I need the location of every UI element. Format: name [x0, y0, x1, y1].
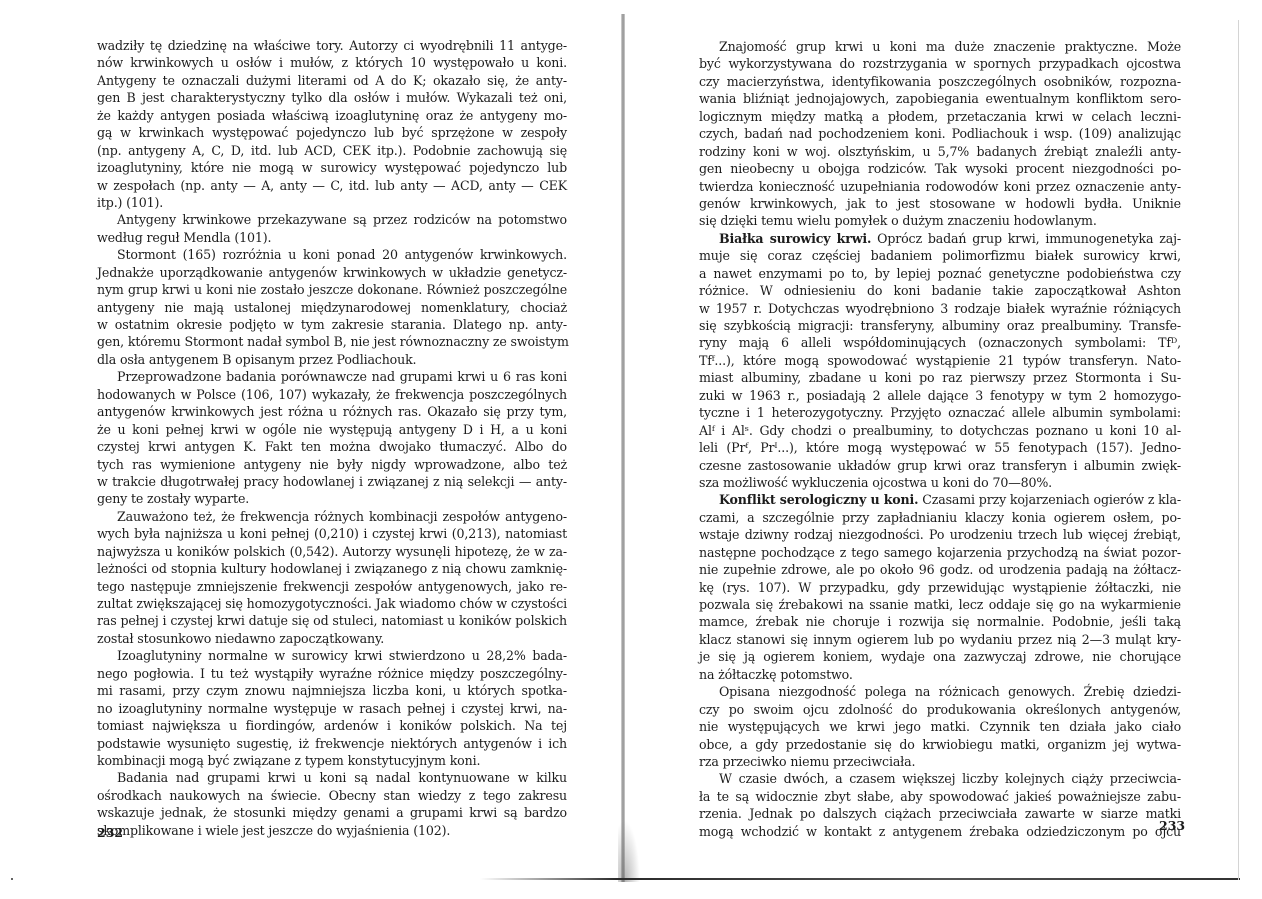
text-line: w ostatnim okresie podjęto w tym zakresi… — [97, 316, 567, 333]
text-line: Izoaglutyniny normalne w surowicy krwi s… — [97, 647, 567, 664]
text-line: zultat zwiększającej się homozygotycznoś… — [97, 595, 567, 612]
text-line: czystej krwi antygen K. Fakt ten można d… — [97, 438, 567, 455]
text-line: czy macierzyństwa, identyfikowania poszc… — [699, 73, 1181, 90]
text-line: antygeny nie mają ustalonej międzynarodo… — [97, 299, 567, 316]
text-line: ośrodkach naukowych na świecie. Obecny s… — [97, 787, 567, 804]
text-line: nie występujących we krwi jego matki. Cz… — [699, 718, 1181, 735]
text-line: leli (Prᶠ, Prᴵ...), które mogą występowa… — [699, 439, 1181, 456]
text-line: obce, a gdy przedostanie się do krwiobie… — [699, 736, 1181, 753]
text-line: Stormont (165) rozróżnia u koni ponad 20… — [97, 246, 567, 263]
text-line: w zespołach (np. anty — A, anty — C, itd… — [97, 177, 567, 194]
text-line: w 1957 r. Dotychczas wyodrębniono 3 rodz… — [699, 300, 1181, 317]
text-line: ła te są widocznie zbyt słabe, aby spowo… — [699, 788, 1181, 805]
text-line: mi rasami, przy czym znowu najmniejsza l… — [97, 682, 567, 699]
run-in-heading: Białka surowicy krwi. — [719, 231, 871, 246]
text-line: miast albuminy, zbadane u koni po raz pi… — [699, 369, 1181, 386]
text-line: kę (rys. 107). W przypadku, gdy przewidu… — [699, 579, 1181, 596]
page-right-edge — [1238, 20, 1239, 880]
text-line: sza możliwość wykluczenia ojcostwa u kon… — [699, 474, 1181, 491]
text-line: tych ras wymienione antygeny nie były ni… — [97, 456, 567, 473]
text-line: Białka surowicy krwi. Oprócz badań grup … — [699, 230, 1181, 247]
text-line: je się ją ogierem koniem, wydaje ona zaz… — [699, 648, 1181, 665]
page-number-left: 232 — [97, 825, 123, 840]
text-line: nego pogłowia. I tu też wystąpiły wyraźn… — [97, 665, 567, 682]
text-line: geny te zostały wyparte. — [97, 490, 567, 507]
text-line: W czasie dwóch, a czasem większej liczby… — [699, 770, 1181, 787]
text-line: mamce, źrebak nie choruje i rozwija się … — [699, 613, 1181, 630]
text-line: skomplikowane i wiele jest jeszcze do wy… — [97, 822, 567, 839]
left-page-text: wadziły tę dziedzinę na właściwe tory. A… — [97, 37, 567, 839]
text-line: że każdy antygen posiada właściwą izoagl… — [97, 107, 567, 124]
text-line: antygenów krwinkowych jest różna u różny… — [97, 403, 567, 420]
text-line: gen nieobecny u obojga rodziców. Tak wys… — [699, 160, 1181, 177]
text-line: Alᶠ i Alˢ. Gdy chodzi o prealbuminy, to … — [699, 422, 1181, 439]
text-line: został stosunkowo niedawno zapoczątkowan… — [97, 630, 567, 647]
text-line: (np. antygeny A, C, D, itd. lub ACD, CEK… — [97, 142, 567, 159]
text-line: gą w krwinkach występować pojedynczo lub… — [97, 124, 567, 141]
text-line: następne pochodzące z tego samego kojarz… — [699, 544, 1181, 561]
text-line: najwyższa u koników polskich (0,542). Au… — [97, 543, 567, 560]
text-line: genów krwinkowych, jak to jest stosowane… — [699, 195, 1181, 212]
text-line: czesne zastosowanie układów grup krwi or… — [699, 457, 1181, 474]
gutter-shadow — [618, 820, 640, 882]
text-line: wania bliźniąt jednojajowych, zapobiegan… — [699, 90, 1181, 107]
text-line: ryny mają 6 alleli współdominujących (oz… — [699, 334, 1181, 351]
page-bottom-edge — [480, 878, 1240, 880]
left-page: wadziły tę dziedzinę na właściwe tory. A… — [0, 0, 622, 899]
text-line: się dzięki temu wielu pomyłek o dużym zn… — [699, 212, 1181, 229]
text-line: mogą wchodzić w kontakt z antygenem źreb… — [699, 823, 1181, 840]
text-line: klacz stanowi się innym ogierem lub po w… — [699, 631, 1181, 648]
text-line: Znajomość grup krwi u koni ma duże znacz… — [699, 38, 1181, 55]
text-line: Badania nad grupami krwi u koni są nadal… — [97, 769, 567, 786]
text-line: wskazuje jednak, że stosunki między gena… — [97, 804, 567, 821]
text-line: podstawie wysunięto sugestię, iż frekwen… — [97, 735, 567, 752]
text-line: nów krwinkowych u osłów i mułów, z który… — [97, 54, 567, 71]
right-page: Znajomość grup krwi u koni ma duże znacz… — [624, 0, 1262, 899]
text-line: Antygeny krwinkowe przekazywane są przez… — [97, 211, 567, 228]
text-line: rodziny koni w woj. olsztyńskim, u 5,7% … — [699, 143, 1181, 160]
text-line: tego następuje zmniejszenie frekwencji z… — [97, 578, 567, 595]
text-line: izoaglutyniny, które nie mogą w surowicy… — [97, 159, 567, 176]
text-line: czych, badań nad pochodzeniem koni. Podl… — [699, 125, 1181, 142]
text-line: że u koni pełnej krwi w ogóle nie występ… — [97, 421, 567, 438]
text-line: rzenia. Jednak po dalszych ciążach przec… — [699, 805, 1181, 822]
text-line: ras pełnej i czystej krwi datuje się od … — [97, 612, 567, 629]
text-line: muje się coraz częściej badaniem polimor… — [699, 247, 1181, 264]
run-in-heading: Konflikt serologiczny u koni. — [719, 492, 918, 507]
text-line: tomiast największa u fiordingów, ardenów… — [97, 717, 567, 734]
text-line: czami, a szczególnie przy zapładnianiu k… — [699, 509, 1181, 526]
text-line: kombinacji mogą być związane z typem kon… — [97, 752, 567, 769]
text-line: no izoaglutyniny normalne występuje w ra… — [97, 700, 567, 717]
text-line: według reguł Mendla (101). — [97, 229, 567, 246]
text-line: Zauważono też, że frekwencja różnych kom… — [97, 508, 567, 525]
page-number-right: 233 — [1159, 818, 1185, 833]
text-line: gen, któremu Stormont nadał symbol B, ni… — [97, 333, 567, 350]
text-line: twierdza konieczność uzupełniania rodowo… — [699, 178, 1181, 195]
text-line: a nawet enzymami po to, by lepiej poznać… — [699, 265, 1181, 282]
text-line: dla osła antygenem B opisanym przez Podl… — [97, 351, 567, 368]
text-line: wstaje dziwny rodzaj niezgodności. Po ur… — [699, 526, 1181, 543]
text-line: pozwala się źrebakowi na ssanie matki, l… — [699, 596, 1181, 613]
text-line: wadziły tę dziedzinę na właściwe tory. A… — [97, 37, 567, 54]
text-line: czy po swoim ojcu zdolność do produkowan… — [699, 701, 1181, 718]
text-line: hodowanych w Polsce (106, 107) wykazały,… — [97, 386, 567, 403]
text-line: gen B jest charakterystyczny tylko dla o… — [97, 89, 567, 106]
text-line: Przeprowadzone badania porównawcze nad g… — [97, 368, 567, 385]
book-gutter — [621, 14, 625, 882]
text-line: logicznym między matką a płodem, przetac… — [699, 108, 1181, 125]
text-line: tyczne i 1 heterozygotyczny. Przyjęto oz… — [699, 404, 1181, 421]
text-line: itp.) (101). — [97, 194, 567, 211]
text-line: Tfᶠ...), które mogą spowodować wystąpien… — [699, 352, 1181, 369]
text-line: Opisana niezgodność polega na różnicach … — [699, 683, 1181, 700]
text-line: nie zupełnie zdrowe, ale po około 96 god… — [699, 561, 1181, 578]
text-line: nym grup krwi u koni nie zostało jeszcze… — [97, 281, 567, 298]
text-line: się szybkością migracji: transferyny, al… — [699, 317, 1181, 334]
text-line: na żółtaczkę potomstwo. — [699, 666, 1181, 683]
text-line: leżności od stopnia kultury hodowlanej i… — [97, 560, 567, 577]
text-line: różnice. W odniesieniu do koni badanie t… — [699, 282, 1181, 299]
text-line: zuki w 1963 r., posiadają 2 allele dając… — [699, 387, 1181, 404]
text-line: Konflikt serologiczny u koni. Czasami pr… — [699, 491, 1181, 508]
text-line: być wykorzystywana do rozstrzygania w sp… — [699, 55, 1181, 72]
text-line: Jednakże uporządkowanie antygenów krwink… — [97, 264, 567, 281]
text-line: wych była najniższa u koni pełnej (0,210… — [97, 525, 567, 542]
scan-speck — [11, 878, 13, 880]
text-line: w trakcie długotrwałej pracy hodowlanej … — [97, 473, 567, 490]
right-page-text: Znajomość grup krwi u koni ma duże znacz… — [699, 38, 1181, 840]
text-line: rza przeciwko niemu przeciwciała. — [699, 753, 1181, 770]
text-line: Antygeny te oznaczali dużymi literami od… — [97, 72, 567, 89]
